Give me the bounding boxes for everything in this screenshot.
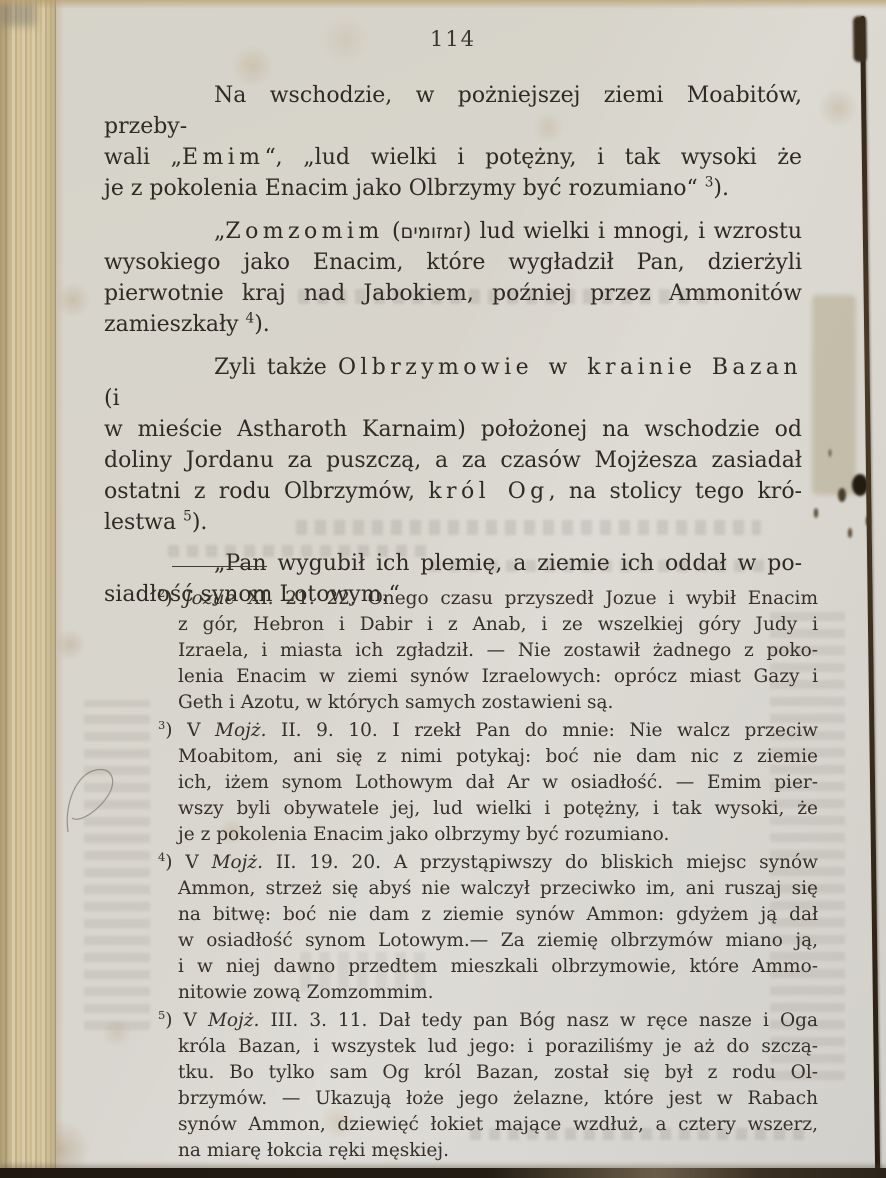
text-line: nitowie zową Zomzommim. <box>178 980 818 1006</box>
text-segment: ( <box>384 219 401 244</box>
text-segment: wysokiego jako Enacim, które wygładził P… <box>104 250 802 275</box>
text-segment: ). <box>192 510 208 535</box>
text-line: 2) Jozue XI. 21. 22. Onego czasu przysze… <box>178 586 818 612</box>
text-block: Na wschodzie, w pożniejszej ziemi Moabit… <box>104 80 802 622</box>
footnote-separator <box>172 566 267 567</box>
text-line: je z pokolenia Enacim jako Olbrzymy być … <box>104 173 802 204</box>
text-segment: Zomzomim <box>225 219 383 244</box>
text-segment: (i <box>104 386 120 411</box>
text-line: wali „Emim“, „lud wielki i potężny, i ta… <box>104 142 802 173</box>
page-gutter-shadow <box>860 16 880 1178</box>
footnote-marker: 4 <box>246 311 255 327</box>
book-edge-left <box>0 0 56 1178</box>
text-segment: doliny Jordanu za puszczą, a za czasów M… <box>104 448 802 473</box>
book-edge-top <box>0 0 886 9</box>
text-segment: „ <box>214 219 225 244</box>
text-segment: brzymów. — Ukazują łoże jego żelazne, kt… <box>178 1088 818 1109</box>
text-segment: Moabitom, ani się z nimi potykaj: boć ni… <box>178 746 818 767</box>
text-segment: ostatni z rodu Olbrzymów, <box>104 479 428 504</box>
text-line: „Zomzomim (זמזומים) lud wielki i mnogi, … <box>104 216 802 247</box>
text-line: w osiadłość synom Lotowym.— Za ziemię ol… <box>178 928 818 954</box>
text-segment: II. 19. 20. A przystąpiwszy do bliskich … <box>263 852 818 873</box>
text-segment: na miarę łokcia ręki męskiej. <box>178 1140 449 1161</box>
text-line: i w niej dawno przedtem mieszkali olbrzy… <box>178 954 818 980</box>
text-line: 4) V Mojż. II. 19. 20. A przystąpiwszy d… <box>178 850 818 876</box>
text-line: ostatni z rodu Olbrzymów, król Og, na st… <box>104 476 802 507</box>
text-segment: „Pan wygubił ich plemię, a ziemie ich od… <box>214 551 802 576</box>
text-segment: Geth i Azotu, w których samych zostawien… <box>178 692 613 713</box>
text-segment: Emim <box>182 145 264 170</box>
text-line: ich, iżem synom Lothowym dał Ar w osiadł… <box>178 770 818 796</box>
text-line: z gór, Hebron i Dabir i z Anab, i ze wsz… <box>178 612 818 638</box>
text-segment: w mieście Astharoth Karnaim) położonej n… <box>104 417 802 442</box>
text-segment: je z pokolenia Enacim jako Olbrzymy być … <box>104 176 705 201</box>
text-segment: i w niej dawno przedtem mieszkali olbrzy… <box>178 956 818 977</box>
text-line: na bitwę: boć nie dam z ziemie synów Amm… <box>178 902 818 928</box>
text-segment: lestwa <box>104 510 183 535</box>
text-segment: na bitwę: boć nie dam z ziemie synów Amm… <box>178 904 818 925</box>
text-segment: Jozue <box>184 588 235 609</box>
text-segment: zamieszkały <box>104 312 246 337</box>
text-segment: Ammon, strzeż się abyś nie walczył przec… <box>178 878 818 899</box>
text-line: doliny Jordanu za puszczą, a za czasów M… <box>104 445 802 476</box>
footnote: 4) V Mojż. II. 19. 20. A przystąpiwszy d… <box>178 850 818 1006</box>
text-segment: ). <box>713 176 729 201</box>
text-segment: je z pokolenia Enacim jako olbrzymy być … <box>178 824 669 845</box>
paragraph: Zyli także Olbrzymowie w krainie Bazan (… <box>104 352 802 538</box>
text-segment: ). <box>254 312 270 337</box>
text-line: Na wschodzie, w pożniejszej ziemi Moabit… <box>104 80 802 142</box>
bleedthrough-ghost <box>84 700 150 1030</box>
footnote: 2) Jozue XI. 21. 22. Onego czasu przysze… <box>178 586 818 716</box>
text-line: króla Bazan, i wszystek lud jego: i pora… <box>178 1034 818 1060</box>
text-segment: III. 3. 11. Dał tedy pan Bóg nasz w ręce… <box>259 1010 818 1031</box>
text-segment: w osiadłość synom Lotowym.— Za ziemię ol… <box>178 930 818 951</box>
text-line: „Pan wygubił ich plemię, a ziemie ich od… <box>104 548 802 579</box>
text-line: Geth i Azotu, w których samych zostawien… <box>178 690 818 716</box>
text-segment: wali „ <box>104 145 182 170</box>
text-line: synów Ammon, dziewięć łokiet mające wzdł… <box>178 1112 818 1138</box>
text-line: je z pokolenia Enacim jako olbrzymy być … <box>178 822 818 848</box>
text-line: lenia Enacim w ziemi synów Izraelowych: … <box>178 664 818 690</box>
text-line: Ammon, strzeż się abyś nie walczył przec… <box>178 876 818 902</box>
text-segment: pierwotnie kraj nad Jabokiem, poźniej pr… <box>104 281 802 306</box>
text-line: zamieszkały 4). <box>104 309 802 340</box>
text-line: 3) V Mojż. II. 9. 10. I rzekł Pan do mni… <box>178 718 818 744</box>
text-segment: króla Bazan, i wszystek lud jego: i pora… <box>178 1036 818 1057</box>
text-segment: Zyli także <box>214 355 338 380</box>
text-segment: Izraela, i miasta ich zgładził. — Nie zo… <box>178 640 818 661</box>
text-segment: Mojż. <box>215 720 266 741</box>
paragraph: Na wschodzie, w pożniejszej ziemi Moabit… <box>104 80 802 204</box>
text-segment: ich, iżem synom Lothowym dał Ar w osiadł… <box>178 772 818 793</box>
text-segment: Mojż. <box>212 852 263 873</box>
page-number: 114 <box>104 27 802 51</box>
text-segment: II. 9. 10. I rzekł Pan do mnie: Nie walc… <box>266 720 818 741</box>
text-line: tku. Bo tylko sam Og król Bazan, został … <box>178 1060 818 1086</box>
text-line: wszy byli obywatele jej, lud wielki i po… <box>178 796 818 822</box>
text-segment: Na wschodzie, w pożniejszej ziemi Moabit… <box>104 83 802 139</box>
paragraph: „Zomzomim (זמזומים) lud wielki i mnogi, … <box>104 216 802 340</box>
text-segment: król Og <box>428 479 548 504</box>
text-line: brzymów. — Ukazują łoże jego żelazne, kt… <box>178 1086 818 1112</box>
text-segment: “, „lud wielki i potężny, i tak wysoki ż… <box>264 145 802 170</box>
footnote-block: 2) Jozue XI. 21. 22. Onego czasu przysze… <box>158 586 818 1166</box>
text-segment: ) V <box>165 852 211 873</box>
text-line: lestwa 5). <box>104 507 802 538</box>
book-edge-bottom <box>0 1168 886 1178</box>
text-segment: ) V <box>165 720 215 741</box>
stain-smudge <box>812 295 856 495</box>
text-line: na miarę łokcia ręki męskiej. <box>178 1138 818 1164</box>
text-segment: z gór, Hebron i Dabir i z Anab, i ze wsz… <box>178 614 818 635</box>
text-segment: synów Ammon, dziewięć łokiet mające wzdł… <box>178 1114 818 1135</box>
text-line: 5) V Mojż. III. 3. 11. Dał tedy pan Bóg … <box>178 1008 818 1034</box>
text-segment: lenia Enacim w ziemi synów Izraelowych: … <box>178 666 818 687</box>
text-line: Izraela, i miasta ich zgładził. — Nie zo… <box>178 638 818 664</box>
text-segment: ) V <box>165 1010 208 1031</box>
text-segment: ) lud wielki i mnogi, i wzrostu <box>463 219 802 244</box>
footnote: 3) V Mojż. II. 9. 10. I rzekł Pan do mni… <box>178 718 818 848</box>
text-segment: XI. 21. 22. Onego czasu przyszedł Jozue … <box>235 588 818 609</box>
text-line: wysokiego jako Enacim, które wygładził P… <box>104 247 802 278</box>
text-segment: ) <box>165 588 184 609</box>
hair-artifact <box>62 766 118 838</box>
text-segment: tku. Bo tylko sam Og król Bazan, został … <box>178 1062 818 1083</box>
book-page: 114 Na wschodzie, w pożniejszej ziemi Mo… <box>0 0 886 1178</box>
text-line: Zyli także Olbrzymowie w krainie Bazan (… <box>104 352 802 414</box>
text-line: w mieście Astharoth Karnaim) położonej n… <box>104 414 802 445</box>
hebrew-word: זמזומים <box>401 220 463 243</box>
text-segment: nitowie zową Zomzommim. <box>178 982 433 1003</box>
text-segment: , na stolicy tego kró- <box>549 479 802 504</box>
footnote: 5) V Mojż. III. 3. 11. Dał tedy pan Bóg … <box>178 1008 818 1164</box>
text-segment: wszy byli obywatele jej, lud wielki i po… <box>178 798 818 819</box>
text-line: pierwotnie kraj nad Jabokiem, poźniej pr… <box>104 278 802 309</box>
text-segment: Mojż. <box>208 1010 259 1031</box>
text-segment: Olbrzymowie w krainie Bazan <box>338 355 802 380</box>
footnote-marker: 5 <box>183 509 192 525</box>
text-line: Moabitom, ani się z nimi potykaj: boć ni… <box>178 744 818 770</box>
